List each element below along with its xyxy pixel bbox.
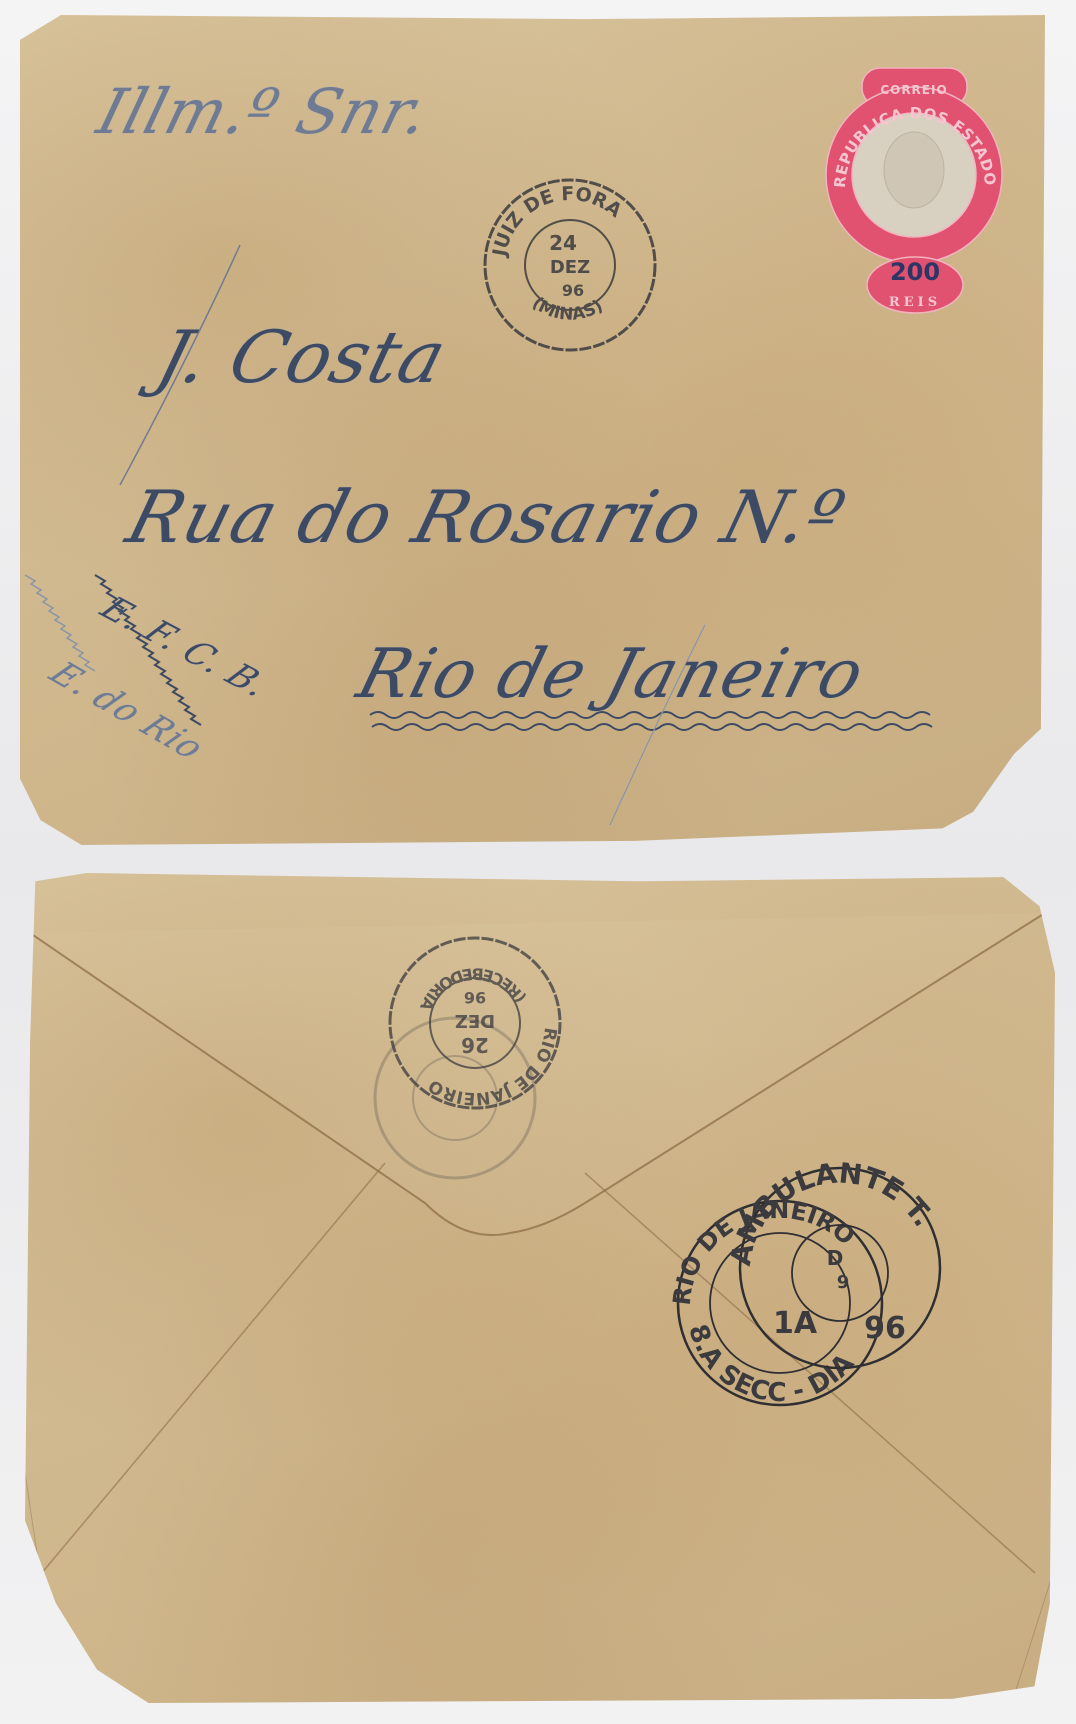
svg-text:96: 96 [562,281,584,300]
svg-text:DEZ: DEZ [550,257,590,278]
recipient-name: J. Costa [149,315,456,399]
svg-text:D: D [827,1246,844,1270]
svg-text:1A: 1A [773,1306,818,1341]
postmark-juiz-de-fora: JUIZ DE FORA (MINAS) 24 DEZ 96 [475,170,665,360]
city: Rio de Janeiro [349,635,872,714]
svg-text:9: 9 [837,1272,850,1293]
envelope-front: CORREIO REPUBLICA DOS ESTADOS UNIDOS DO … [20,15,1045,845]
svg-text:CORREIO: CORREIO [880,83,947,97]
svg-text:REIS: REIS [889,295,941,310]
postmark-transit-ghost [365,1008,545,1188]
svg-text:24: 24 [549,231,577,255]
svg-text:96: 96 [464,988,486,1007]
street-address: Rua do Rosario N.º [119,475,854,559]
envelope-back: RIO DE JANEIRO (RECEBEDORIA) 26 DEZ 96 R… [25,873,1055,1703]
postmark-arrival-inner: AMBULANTE T. D 9 1A 96 [725,1153,955,1383]
svg-text:200: 200 [890,258,940,286]
postage-stamp: CORREIO REPUBLICA DOS ESTADOS UNIDOS DO … [817,60,1012,315]
salutation: Illm.º Snr. [90,75,437,148]
svg-text:96: 96 [864,1311,906,1346]
